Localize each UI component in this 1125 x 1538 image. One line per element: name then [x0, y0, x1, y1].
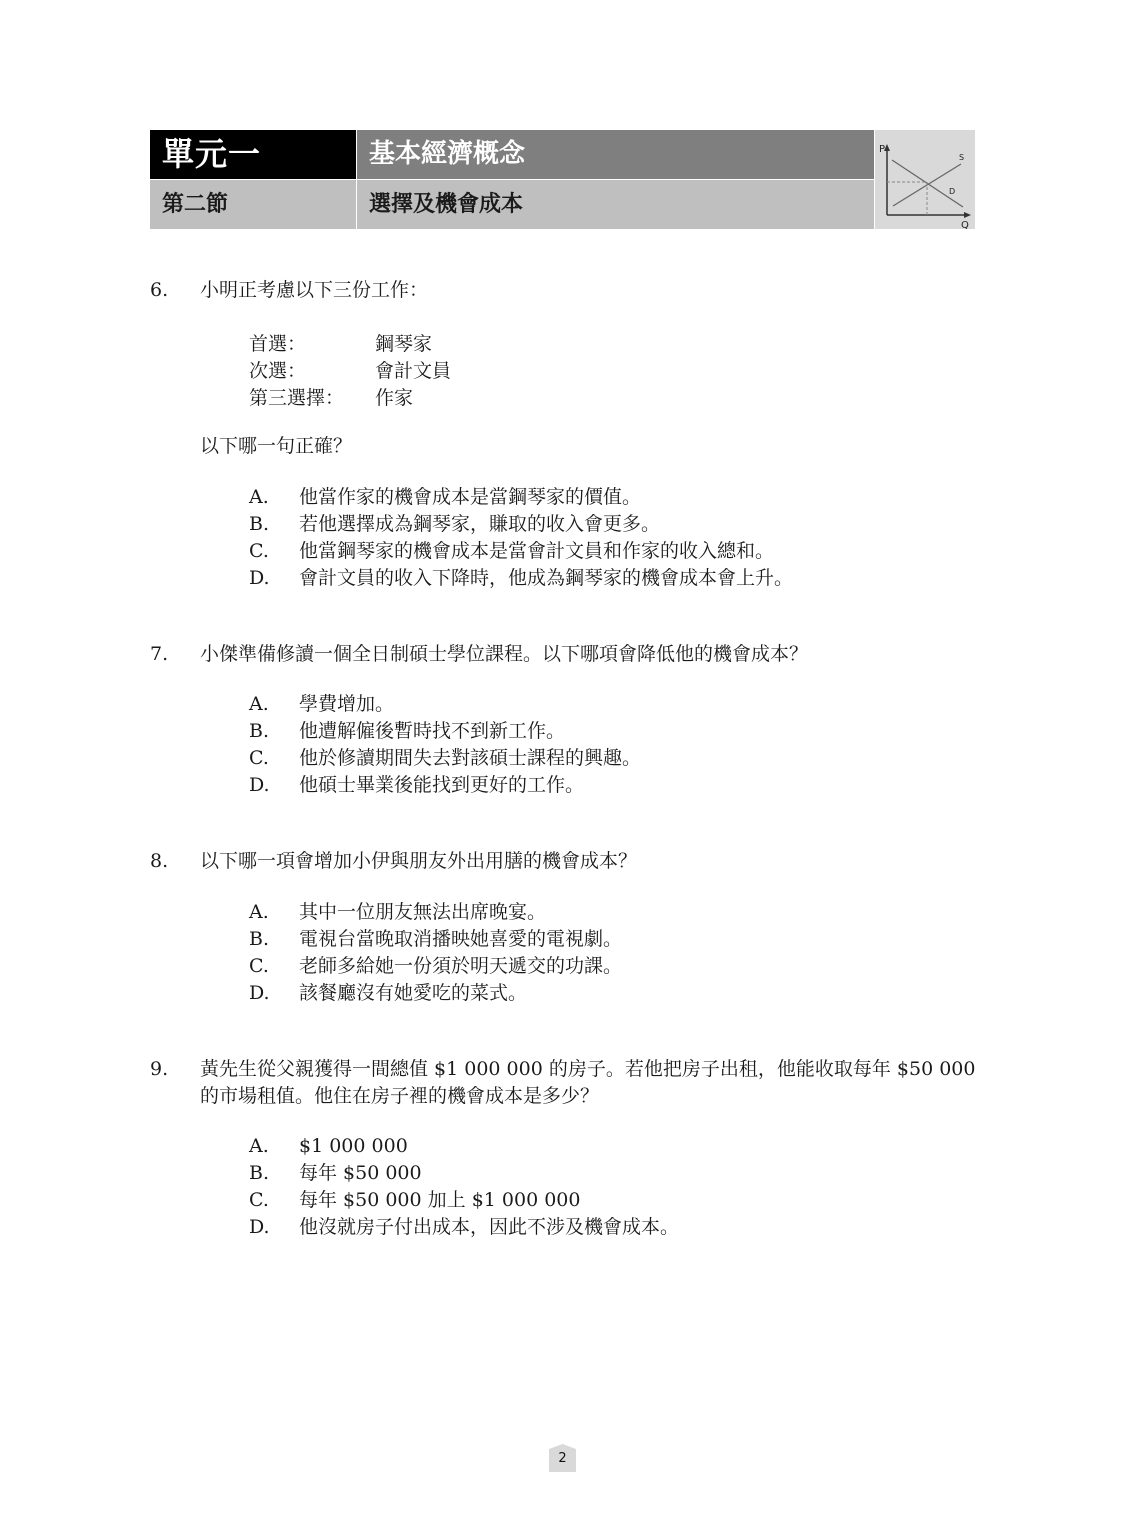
- option-text: 學費增加。: [299, 691, 394, 718]
- option-letter: A.: [249, 1133, 269, 1160]
- choice-value: 鋼琴家: [375, 331, 432, 358]
- option-letter: D.: [249, 565, 270, 592]
- option-letter: B.: [249, 1160, 269, 1187]
- page-number-badge: 2: [549, 1444, 576, 1472]
- option-letter: D.: [249, 772, 270, 799]
- option-letter: C.: [249, 953, 269, 980]
- option-text: 每年 $50 000: [299, 1160, 422, 1187]
- option-text: 他碩士畢業後能找到更好的工作。: [299, 772, 584, 799]
- option-text: 該餐廳沒有她愛吃的菜式。: [299, 980, 527, 1007]
- option-letter: C.: [249, 745, 269, 772]
- option-letter: A.: [249, 484, 269, 511]
- choice-key: 第三選擇：: [249, 385, 344, 412]
- option-text: 會計文員的收入下降時，他成為鋼琴家的機會成本會上升。: [299, 565, 793, 592]
- option-letter: A.: [249, 899, 269, 926]
- option-text: 每年 $50 000 加上 $1 000 000: [299, 1187, 580, 1214]
- choice-key: 首選：: [249, 331, 306, 358]
- choice-key: 次選：: [249, 358, 306, 385]
- option-letter: B.: [249, 926, 269, 953]
- question-number: 8.: [150, 848, 168, 875]
- option-text: 電視台當晚取消播映她喜愛的電視劇。: [299, 926, 622, 953]
- question-6: 6. 小明正考慮以下三份工作： 首選： 鋼琴家 次選： 會計文員 第三選擇： 作…: [150, 277, 980, 597]
- option-text: 若他選擇成為鋼琴家，賺取的收入會更多。: [299, 511, 660, 538]
- option-text: 他當鋼琴家的機會成本是當會計文員和作家的收入總和。: [299, 538, 774, 565]
- supply-demand-graph-icon: P S D Q: [875, 130, 975, 229]
- unit-row: 單元一 基本經濟概念: [150, 130, 874, 179]
- option-letter: B.: [249, 511, 269, 538]
- question-stem: 小傑準備修讀一個全日制碩士學位課程。以下哪項會降低他的機會成本？: [200, 641, 980, 668]
- unit-label: 單元一: [150, 130, 356, 179]
- svg-text:S: S: [959, 153, 964, 162]
- choice-value: 會計文員: [375, 358, 451, 385]
- option-text: $1 000 000: [299, 1133, 408, 1160]
- option-text: 他當作家的機會成本是當鋼琴家的價值。: [299, 484, 641, 511]
- option-text: 老師多給她一份須於明天遞交的功課。: [299, 953, 622, 980]
- option-letter: D.: [249, 1214, 270, 1241]
- question-stem-line-2: 的市場租值。他住在房子裡的機會成本是多少？: [200, 1083, 980, 1110]
- svg-text:D: D: [949, 187, 955, 196]
- chapter-header: 單元一 基本經濟概念 第二節 選擇及機會成本 P S D Q: [150, 130, 975, 229]
- option-letter: C.: [249, 538, 269, 565]
- question-7: 7. 小傑準備修讀一個全日制碩士學位課程。以下哪項會降低他的機會成本？ A.學費…: [150, 641, 980, 801]
- option-letter: D.: [249, 980, 270, 1007]
- svg-text:Q: Q: [961, 220, 969, 229]
- question-prompt: 以下哪一句正確？: [200, 433, 980, 460]
- section-row: 第二節 選擇及機會成本: [150, 180, 874, 229]
- option-letter: A.: [249, 691, 269, 718]
- supply-demand-graph-svg: P S D Q: [875, 130, 975, 229]
- choice-value: 作家: [375, 385, 413, 412]
- question-stem: 以下哪一項會增加小伊與朋友外出用膳的機會成本？: [200, 848, 980, 875]
- question-number: 7.: [150, 641, 168, 668]
- option-letter: B.: [249, 718, 269, 745]
- svg-text:P: P: [879, 144, 885, 155]
- question-stem: 小明正考慮以下三份工作：: [200, 277, 980, 304]
- option-letter: C.: [249, 1187, 269, 1214]
- question-stem-line-1: 黃先生從父親獲得一間總值 $1 000 000 的房子。若他把房子出租，他能收取…: [200, 1056, 980, 1083]
- question-8: 8. 以下哪一項會增加小伊與朋友外出用膳的機會成本？ A.其中一位朋友無法出席晚…: [150, 848, 980, 1008]
- question-number: 6.: [150, 277, 168, 304]
- question-number: 9.: [150, 1056, 168, 1083]
- question-9: 9. 黃先生從父親獲得一間總值 $1 000 000 的房子。若他把房子出租，他…: [150, 1056, 980, 1246]
- option-text: 他遭解僱後暫時找不到新工作。: [299, 718, 565, 745]
- unit-title: 基本經濟概念: [357, 130, 874, 179]
- option-text: 其中一位朋友無法出席晚宴。: [299, 899, 546, 926]
- section-label: 第二節: [150, 180, 356, 229]
- option-text: 他於修讀期間失去對該碩士課程的興趣。: [299, 745, 641, 772]
- option-text: 他沒就房子付出成本，因此不涉及機會成本。: [299, 1214, 679, 1241]
- section-title: 選擇及機會成本: [357, 180, 874, 229]
